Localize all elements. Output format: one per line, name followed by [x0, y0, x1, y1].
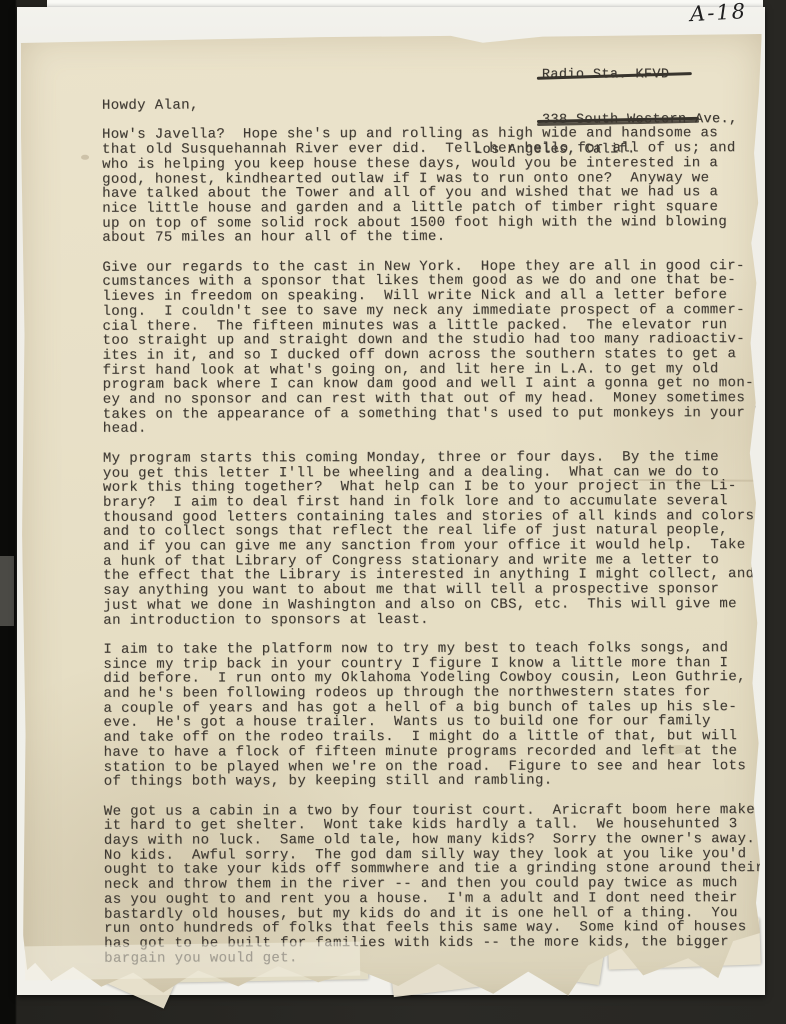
paragraph: Give our regards to the cast in New York… [102, 259, 770, 437]
letter-body: Howdy Alan, How's Javella? Hope she's up… [102, 97, 772, 966]
paragraph: How's Javella? Hope she's up and rolling… [102, 126, 770, 245]
paragraph: I aim to take the platform now to try my… [103, 641, 771, 790]
salutation: Howdy Alan, [102, 97, 770, 113]
paper-stain [81, 155, 89, 160]
paragraph: We got us a cabin in a two by four touri… [104, 803, 772, 966]
scan-background: A-18 Radio Sta. KFVD 338 South Western A… [0, 0, 786, 1024]
handwritten-archival-label: A-18 [689, 0, 770, 26]
letter-paper: Radio Sta. KFVD 338 South Western Ave., … [21, 33, 765, 1003]
struck-radio-station-text: Radio Sta. KFVD [542, 67, 670, 82]
scanner-edge-patch [0, 556, 14, 626]
paragraph: My program starts this coming Monday, th… [103, 450, 771, 628]
translucent-tape-strip [25, 942, 360, 981]
letterhead-line-struck-1: Radio Sta. KFVD [474, 52, 738, 98]
